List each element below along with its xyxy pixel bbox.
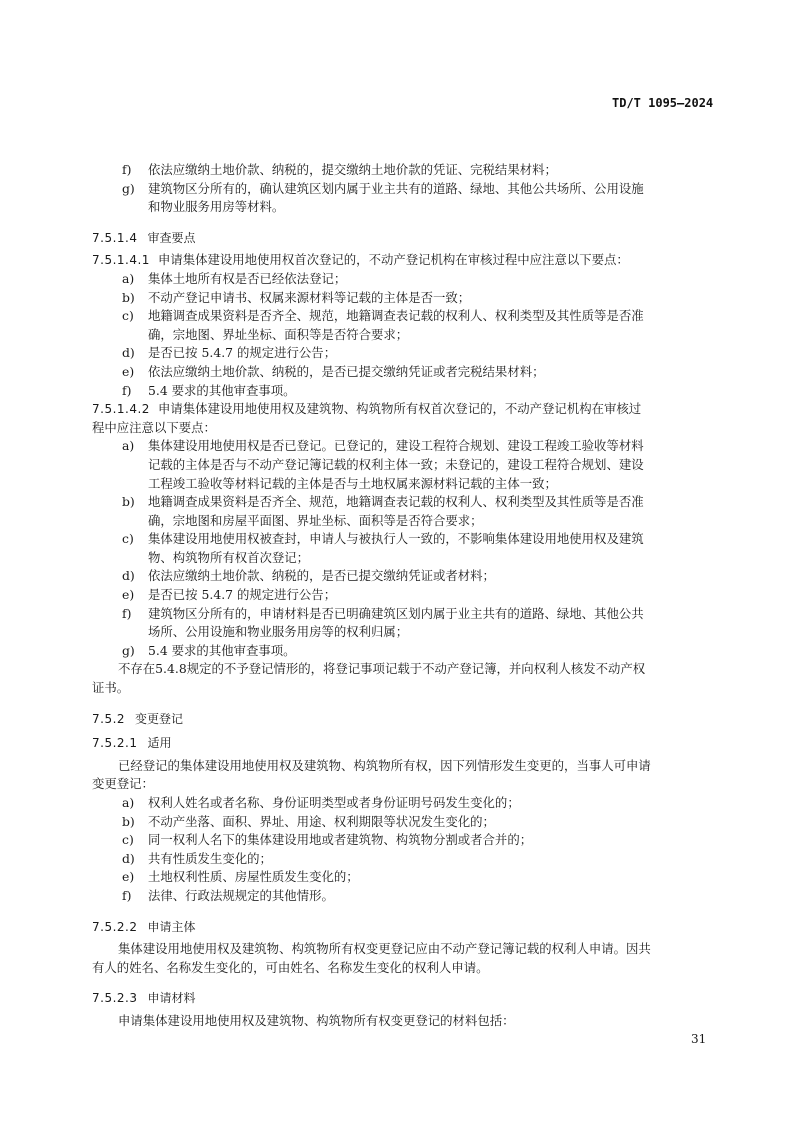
list-marker: g): [122, 180, 148, 199]
list-text-continued: 确，宗地图和房屋平面图、界址坐标、面积等是否符合要求；: [92, 512, 718, 531]
list-item: c)同一权利人名下的集体建设用地或者建筑物、构筑物分割或者合并的；: [92, 831, 718, 850]
list-marker: b): [122, 289, 148, 308]
clause-text-continued: 程中应注意以下要点：: [92, 419, 718, 438]
list-marker: e): [122, 363, 148, 382]
list-text-continued: 工程竣工验收等材料记载的主体是否与土地权属来源材料记载的主体一致；: [92, 475, 718, 494]
section-title: 申请材料: [147, 991, 195, 1005]
section-title: 申请主体: [147, 920, 195, 934]
list-text: 法律、行政法规规定的其他情形。: [148, 888, 334, 903]
list-text: 同一权利人名下的集体建设用地或者建筑物、构筑物分割或者合并的；: [148, 832, 532, 847]
list-item: f)依法应缴纳土地价款、纳税的，提交缴纳土地价款的凭证、完税结果材料；: [92, 161, 718, 180]
clause-text: 申请集体建设用地使用权首次登记的，不动产登记机构在审核过程中应注意以下要点：: [158, 252, 629, 267]
section-heading-7-5-2-1: 7.5.2.1适用: [92, 734, 718, 753]
list-item: d)是否已按 5.4.7 的规定进行公告；: [92, 344, 718, 363]
list-marker: a): [122, 794, 148, 813]
list-text: 土地权利性质、房屋性质发生变化的；: [148, 869, 359, 884]
list-text: 是否已按 5.4.7 的规定进行公告；: [148, 587, 336, 602]
list-marker: f): [122, 887, 148, 906]
list-item: g)建筑物区分所有的，确认建筑区划内属于业主共有的道路、绿地、其他公共场所、公用…: [92, 180, 718, 199]
list-text: 5.4 要求的其他审查事项。: [148, 643, 296, 658]
clause-number: 7.5.1.4.2: [92, 402, 150, 416]
list-item: b)地籍调查成果资料是否齐全、规范，地籍调查表记载的权利人、权利类型及其性质等是…: [92, 493, 718, 512]
list-text-continued: 和物业服务用房等材料。: [92, 198, 718, 217]
paragraph: 集体建设用地使用权及建筑物、构筑物所有权变更登记应由不动产登记簿记载的权利人申请…: [92, 940, 718, 959]
section-heading-7-5-1-4: 7.5.1.4审查要点: [92, 229, 718, 248]
list-text: 建筑物区分所有的，申请材料是否已明确建筑区划内属于业主共有的道路、绿地、其他公共: [148, 606, 644, 621]
list-marker: c): [122, 530, 148, 549]
paragraph: 已经登记的集体建设用地使用权及建筑物、构筑物所有权，因下列情形发生变更的，当事人…: [92, 757, 718, 776]
clause-number: 7.5.1.4.1: [92, 253, 150, 267]
closing-paragraph: 不存在5.4.8规定的不予登记情形的，将登记事项记载于不动产登记簿，并向权利人核…: [92, 660, 718, 679]
list-marker: f): [122, 605, 148, 624]
list-text: 依法应缴纳土地价款、纳税的，是否已提交缴纳凭证或者完税结果材料；: [148, 364, 545, 379]
list-text-continued: 确，宗地图、界址坐标、面积等是否符合要求；: [92, 326, 718, 345]
list-item: b)不动产坐落、面积、界址、用途、权利期限等状况发生变化的；: [92, 813, 718, 832]
section-title: 适用: [147, 736, 171, 750]
paragraph-continued: 变更登记：: [92, 775, 718, 794]
list-text: 不动产坐落、面积、界址、用途、权利期限等状况发生变化的；: [148, 814, 495, 829]
list-text: 集体土地所有权是否已经依法登记；: [148, 271, 346, 286]
list-text-continued: 记载的主体是否与不动产登记簿记载的权利主体一致；未登记的，建设工程符合规划、建设: [92, 456, 718, 475]
section-title: 审查要点: [147, 231, 195, 245]
list-marker: e): [122, 868, 148, 887]
list-text: 是否已按 5.4.7 的规定进行公告；: [148, 345, 336, 360]
list-text-continued: 物、构筑物所有权首次登记；: [92, 549, 718, 568]
list-marker: b): [122, 493, 148, 512]
paragraph-continued: 有人的姓名、名称发生变化的，可由姓名、名称发生变化的权利人申请。: [92, 959, 718, 978]
list-text: 地籍调查成果资料是否齐全、规范，地籍调查表记载的权利人、权利类型及其性质等是否准: [148, 494, 644, 509]
list-item: f)建筑物区分所有的，申请材料是否已明确建筑区划内属于业主共有的道路、绿地、其他…: [92, 605, 718, 624]
list-marker: f): [122, 161, 148, 180]
section-title: 变更登记: [135, 712, 183, 726]
list-marker: a): [122, 270, 148, 289]
section-number: 7.5.2.1: [92, 734, 137, 753]
clause-7-5-1-4-1: 7.5.1.4.1申请集体建设用地使用权首次登记的，不动产登记机构在审核过程中应…: [92, 251, 718, 270]
list-text-continued: 场所、公用设施和物业服务用房等的权利归属；: [92, 623, 718, 642]
section-heading-7-5-2-3: 7.5.2.3申请材料: [92, 989, 718, 1008]
list-text: 集体建设用地使用权是否已登记。已登记的，建设工程符合规划、建设工程竣工验收等材料: [148, 438, 644, 453]
paragraph: 申请集体建设用地使用权及建筑物、构筑物所有权变更登记的材料包括：: [92, 1012, 718, 1031]
list-marker: b): [122, 813, 148, 832]
list-item: f)5.4 要求的其他审查事项。: [92, 382, 718, 401]
section-heading-7-5-2: 7.5.2变更登记: [92, 710, 718, 729]
section-number: 7.5.2.2: [92, 918, 137, 937]
list-item: g)5.4 要求的其他审查事项。: [92, 642, 718, 661]
section-number: 7.5.1.4: [92, 229, 137, 248]
list-item: d)依法应缴纳土地价款、纳税的，是否已提交缴纳凭证或者材料；: [92, 567, 718, 586]
closing-paragraph-continued: 证书。: [92, 679, 718, 698]
list-marker: a): [122, 437, 148, 456]
list-item: e)依法应缴纳土地价款、纳税的，是否已提交缴纳凭证或者完税结果材料；: [92, 363, 718, 382]
list-text: 不动产登记申请书、权属来源材料等记载的主体是否一致；: [148, 290, 470, 305]
list-text: 权利人姓名或者名称、身份证明类型或者身份证明号码发生变化的；: [148, 795, 520, 810]
list-text: 依法应缴纳土地价款、纳税的，是否已提交缴纳凭证或者材料；: [148, 568, 495, 583]
list-marker: g): [122, 642, 148, 661]
list-item: a)集体土地所有权是否已经依法登记；: [92, 270, 718, 289]
list-marker: d): [122, 850, 148, 869]
list-item: f)法律、行政法规规定的其他情形。: [92, 887, 718, 906]
list-marker: d): [122, 344, 148, 363]
list-marker: e): [122, 586, 148, 605]
list-text: 5.4 要求的其他审查事项。: [148, 383, 296, 398]
list-item: c)地籍调查成果资料是否齐全、规范，地籍调查表记载的权利人、权利类型及其性质等是…: [92, 307, 718, 326]
page-number: 31: [691, 1032, 706, 1046]
list-text: 建筑物区分所有的，确认建筑区划内属于业主共有的道路、绿地、其他公共场所、公用设施: [148, 181, 644, 196]
list-item: b)不动产登记申请书、权属来源材料等记载的主体是否一致；: [92, 289, 718, 308]
section-heading-7-5-2-2: 7.5.2.2申请主体: [92, 918, 718, 937]
list-marker: c): [122, 307, 148, 326]
section-number: 7.5.2: [92, 710, 125, 729]
list-item: e)是否已按 5.4.7 的规定进行公告；: [92, 586, 718, 605]
list-text: 地籍调查成果资料是否齐全、规范，地籍调查表记载的权利人、权利类型及其性质等是否准: [148, 308, 644, 323]
list-marker: d): [122, 567, 148, 586]
standard-code: TD/T 1095—2024: [612, 96, 713, 110]
document-body: f)依法应缴纳土地价款、纳税的，提交缴纳土地价款的凭证、完税结果材料； g)建筑…: [92, 161, 718, 1031]
clause-text: 申请集体建设用地使用权及建筑物、构筑物所有权首次登记的，不动产登记机构在审核过: [158, 401, 641, 416]
list-item: a)集体建设用地使用权是否已登记。已登记的，建设工程符合规划、建设工程竣工验收等…: [92, 437, 718, 456]
list-text: 集体建设用地使用权被查封，申请人与被执行人一致的，不影响集体建设用地使用权及建筑: [148, 531, 644, 546]
list-item: d)共有性质发生变化的；: [92, 850, 718, 869]
list-item: a)权利人姓名或者名称、身份证明类型或者身份证明号码发生变化的；: [92, 794, 718, 813]
section-number: 7.5.2.3: [92, 989, 137, 1008]
list-item: e)土地权利性质、房屋性质发生变化的；: [92, 868, 718, 887]
list-marker: f): [122, 382, 148, 401]
list-text: 共有性质发生变化的；: [148, 851, 272, 866]
list-item: c)集体建设用地使用权被查封，申请人与被执行人一致的，不影响集体建设用地使用权及…: [92, 530, 718, 549]
list-marker: c): [122, 831, 148, 850]
list-text: 依法应缴纳土地价款、纳税的，提交缴纳土地价款的凭证、完税结果材料；: [148, 162, 557, 177]
clause-7-5-1-4-2: 7.5.1.4.2申请集体建设用地使用权及建筑物、构筑物所有权首次登记的，不动产…: [92, 400, 718, 419]
